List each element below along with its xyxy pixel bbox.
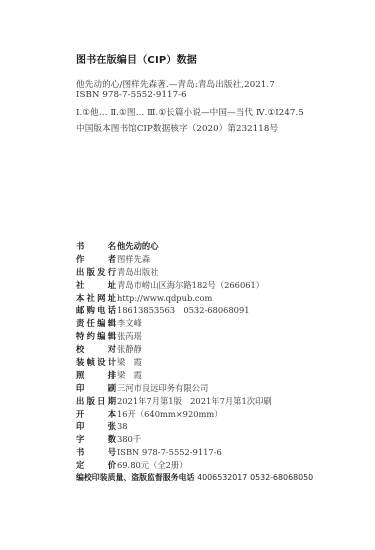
info-label-char: 开 bbox=[76, 408, 84, 421]
info-label-char: 址 bbox=[108, 279, 116, 292]
info-label-char: 名 bbox=[108, 240, 116, 253]
info-row: 书名他先动的心 bbox=[76, 240, 366, 253]
hotline-label: 编校印装质量、盗版监督服务电话 bbox=[76, 473, 194, 482]
info-label: 出版日期 bbox=[76, 395, 116, 408]
info-label: 定价 bbox=[76, 459, 116, 472]
info-label-char: 者 bbox=[108, 253, 116, 266]
info-label-char: 字 bbox=[76, 433, 84, 446]
info-row: 特约编辑张芮瑶 bbox=[76, 330, 366, 343]
info-label: 印张 bbox=[76, 420, 116, 433]
info-label: 装帧设计 bbox=[76, 356, 116, 369]
info-value: 李文峰 bbox=[116, 317, 142, 330]
info-label: 出版发行 bbox=[76, 266, 116, 279]
info-label-char: 本 bbox=[108, 408, 116, 421]
info-row: 作者图样先森 bbox=[76, 253, 366, 266]
copyright-page: 图书在版编目（CIP）数据 他先动的心/图样先森著.—青岛:青岛出版社,2021… bbox=[0, 0, 375, 550]
cip-book-entry: 他先动的心/图样先森著.—青岛:青岛出版社,2021.7 bbox=[76, 78, 275, 90]
cip-classification: Ⅰ.①他… Ⅱ.①图… Ⅲ.①长篇小说—中国—当代 Ⅳ.①I247.5 bbox=[76, 106, 304, 118]
info-label-char: 编 bbox=[97, 317, 105, 330]
info-label-char: 址 bbox=[108, 292, 116, 305]
info-label: 书名 bbox=[76, 240, 116, 253]
info-label-char: 书 bbox=[76, 446, 84, 459]
info-label-char: 网 bbox=[97, 292, 105, 305]
cip-record-number: 中国版本图书馆CIP数据核字（2020）第232118号 bbox=[76, 122, 278, 134]
info-label-char: 版 bbox=[87, 395, 95, 408]
publication-info-table: 书名他先动的心作者图样先森出版发行青岛出版社社址青岛市崂山区海尔路182号（26… bbox=[76, 240, 366, 472]
info-label-char: 书 bbox=[76, 240, 84, 253]
info-value[interactable]: http://www.qdpub.com bbox=[116, 292, 212, 305]
info-row: 字数380千 bbox=[76, 433, 366, 446]
info-label-char: 发 bbox=[97, 266, 105, 279]
info-label-char: 日 bbox=[97, 395, 105, 408]
info-label-char: 号 bbox=[108, 446, 116, 459]
info-label-char: 印 bbox=[76, 420, 84, 433]
info-label-char: 装 bbox=[76, 356, 84, 369]
info-value: 张芮瑶 bbox=[116, 330, 142, 343]
info-row: 出版发行青岛出版社 bbox=[76, 266, 366, 279]
info-value: 380千 bbox=[116, 433, 141, 446]
info-label: 校对 bbox=[76, 343, 116, 356]
hotline-phone-1: 4006532017 bbox=[197, 473, 247, 482]
info-label-char: 行 bbox=[108, 266, 116, 279]
info-label-char: 数 bbox=[108, 433, 116, 446]
info-label-char: 特 bbox=[76, 330, 84, 343]
info-row: 印张38 bbox=[76, 420, 366, 433]
info-row: 装帧设计梁 霞 bbox=[76, 356, 366, 369]
info-label: 责任编辑 bbox=[76, 317, 116, 330]
info-value: 他先动的心 bbox=[116, 240, 159, 253]
info-row: 印刷三河市良远印务有限公司 bbox=[76, 382, 366, 395]
info-row: 出版日期2021年7月第1版 2021年7月第1次印刷 bbox=[76, 395, 366, 408]
info-label-char: 电 bbox=[97, 304, 105, 317]
info-label-char: 任 bbox=[87, 317, 95, 330]
info-row: 定价69.80元（全2册） bbox=[76, 459, 366, 472]
info-value: 18613853563 0532-68068091 bbox=[116, 304, 250, 317]
info-value: 图样先森 bbox=[116, 253, 150, 266]
info-label: 字数 bbox=[76, 433, 116, 446]
info-row: 社址青岛市崂山区海尔路182号（266061） bbox=[76, 279, 366, 292]
info-label: 社址 bbox=[76, 279, 116, 292]
info-row: 开本16开（640mm×920mm） bbox=[76, 408, 366, 421]
cip-isbn: ISBN 978-7-5552-9117-6 bbox=[76, 90, 187, 100]
quality-hotline: 编校印装质量、盗版监督服务电话 4006532017 0532-68068050 bbox=[76, 472, 313, 483]
info-label-char: 期 bbox=[108, 395, 116, 408]
info-label-char: 计 bbox=[108, 356, 116, 369]
info-row: 本社网址http://www.qdpub.com bbox=[76, 292, 366, 305]
info-label-char: 出 bbox=[76, 266, 84, 279]
info-label-char: 对 bbox=[108, 343, 116, 356]
info-value: 青岛市崂山区海尔路182号（266061） bbox=[116, 279, 264, 292]
info-value: 69.80元（全2册） bbox=[116, 459, 188, 472]
info-label-char: 作 bbox=[76, 253, 84, 266]
info-label-char: 本 bbox=[76, 292, 84, 305]
info-label-char: 话 bbox=[108, 304, 116, 317]
info-label-char: 照 bbox=[76, 369, 84, 382]
info-label-char: 责 bbox=[76, 317, 84, 330]
info-label-char: 出 bbox=[76, 395, 84, 408]
info-label-char: 价 bbox=[108, 459, 116, 472]
info-label-char: 社 bbox=[87, 292, 95, 305]
info-label-char: 校 bbox=[76, 343, 84, 356]
info-label-char: 刷 bbox=[108, 382, 116, 395]
info-value: 梁 霞 bbox=[116, 356, 142, 369]
info-label-char: 设 bbox=[97, 356, 105, 369]
info-value: 张静静 bbox=[116, 343, 142, 356]
info-value: 38 bbox=[116, 420, 128, 433]
info-label: 邮购电话 bbox=[76, 304, 116, 317]
info-label-char: 社 bbox=[76, 279, 84, 292]
info-row: 照排梁 霞 bbox=[76, 369, 366, 382]
info-label-char: 约 bbox=[87, 330, 95, 343]
info-label: 照排 bbox=[76, 369, 116, 382]
cip-title: 图书在版编目（CIP）数据 bbox=[76, 51, 197, 66]
info-label-char: 定 bbox=[76, 459, 84, 472]
info-label: 开本 bbox=[76, 408, 116, 421]
info-label: 印刷 bbox=[76, 382, 116, 395]
info-label-char: 辑 bbox=[108, 317, 116, 330]
info-label-char: 版 bbox=[87, 266, 95, 279]
info-label-char: 排 bbox=[108, 369, 116, 382]
info-value: ISBN 978-7-5552-9117-6 bbox=[116, 446, 222, 459]
info-value: 16开（640mm×920mm） bbox=[116, 408, 223, 421]
info-row: 书号ISBN 978-7-5552-9117-6 bbox=[76, 446, 366, 459]
info-label: 作者 bbox=[76, 253, 116, 266]
info-row: 责任编辑李文峰 bbox=[76, 317, 366, 330]
info-label-char: 邮 bbox=[76, 304, 84, 317]
info-value: 梁 霞 bbox=[116, 369, 142, 382]
info-value: 三河市良远印务有限公司 bbox=[116, 382, 208, 395]
info-label-char: 张 bbox=[108, 420, 116, 433]
info-row: 邮购电话18613853563 0532-68068091 bbox=[76, 304, 366, 317]
info-label: 特约编辑 bbox=[76, 330, 116, 343]
info-label: 本社网址 bbox=[76, 292, 116, 305]
info-label-char: 辑 bbox=[108, 330, 116, 343]
info-label-char: 帧 bbox=[87, 356, 95, 369]
info-label-char: 购 bbox=[87, 304, 95, 317]
info-value: 青岛出版社 bbox=[116, 266, 159, 279]
info-label-char: 编 bbox=[97, 330, 105, 343]
info-label-char: 印 bbox=[76, 382, 84, 395]
info-value: 2021年7月第1版 2021年7月第1次印刷 bbox=[116, 395, 272, 408]
info-label: 书号 bbox=[76, 446, 116, 459]
hotline-phone-2: 0532-68068050 bbox=[250, 473, 313, 482]
info-row: 校对张静静 bbox=[76, 343, 366, 356]
